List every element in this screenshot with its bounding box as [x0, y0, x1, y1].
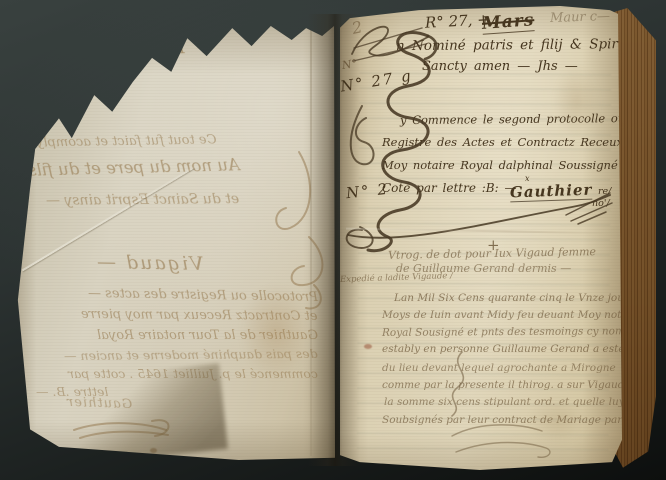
initial-paraph [368, 32, 429, 250]
manuscript-photo: + IHS MRA — Ce tout fut faict et acomply… [0, 0, 666, 480]
left-flourish-marks [14, 22, 335, 460]
left-page: + IHS MRA — Ce tout fut faict et acomply… [14, 22, 335, 460]
initial-paraph-hook [425, 36, 436, 59]
act-flourish [452, 352, 463, 416]
right-flourish-marks [340, 6, 622, 470]
book-gutter-shadow [308, 14, 360, 466]
right-page: 2 R° 27, + Mars Maur c— n Nominé patris … [340, 6, 622, 470]
top-squiggle [352, 27, 428, 56]
signature-sweep [348, 195, 610, 238]
pen-trial-squiggle [452, 425, 550, 457]
